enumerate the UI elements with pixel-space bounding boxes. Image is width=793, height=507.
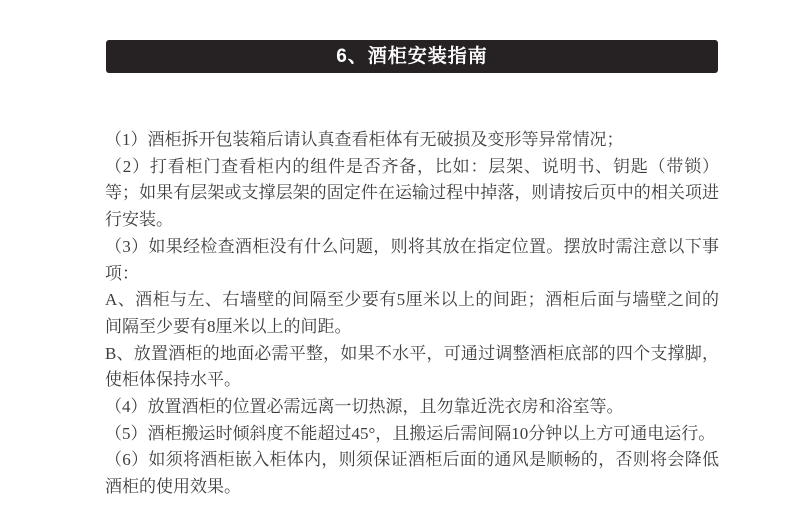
manual-page: 6、酒柜安装指南 （1）酒柜拆开包装箱后请认真查看柜体有无破损及变形等异常情况；… xyxy=(0,0,793,507)
instruction-step-5: （5）酒柜搬运时倾斜度不能超过45°，且搬运后需间隔10分钟以上方可通电运行。 xyxy=(105,421,719,448)
instruction-step-6: （6）如须将酒柜嵌入柜体内，则须保证酒柜后面的通风是顺畅的，否则将会降低酒柜的使… xyxy=(105,447,719,500)
installation-instructions: （1）酒柜拆开包装箱后请认真查看柜体有无破损及变形等异常情况； （2）打看柜门查… xyxy=(105,127,719,501)
instruction-step-3a: A、酒柜与左、右墙壁的间隔至少要有5厘米以上的间距；酒柜后面与墙壁之间的间隔至少… xyxy=(105,287,719,340)
section-title-banner: 6、酒柜安装指南 xyxy=(106,40,718,73)
instruction-step-4: （4）放置酒柜的位置必需远离一切热源，且勿靠近洗衣房和浴室等。 xyxy=(105,394,719,421)
instruction-step-3: （3）如果经检查酒柜没有什么问题，则将其放在指定位置。摆放时需注意以下事项： xyxy=(105,234,719,287)
instruction-step-1: （1）酒柜拆开包装箱后请认真查看柜体有无破损及变形等异常情况； xyxy=(105,127,719,154)
section-title: 6、酒柜安装指南 xyxy=(336,47,488,66)
instruction-step-2: （2）打看柜门查看柜内的组件是否齐备，比如：层架、说明书、钥匙（带锁）等；如果有… xyxy=(105,154,719,234)
instruction-step-3b: B、放置酒柜的地面必需平整，如果不水平，可通过调整酒柜底部的四个支撑脚，使柜体保… xyxy=(105,341,719,394)
